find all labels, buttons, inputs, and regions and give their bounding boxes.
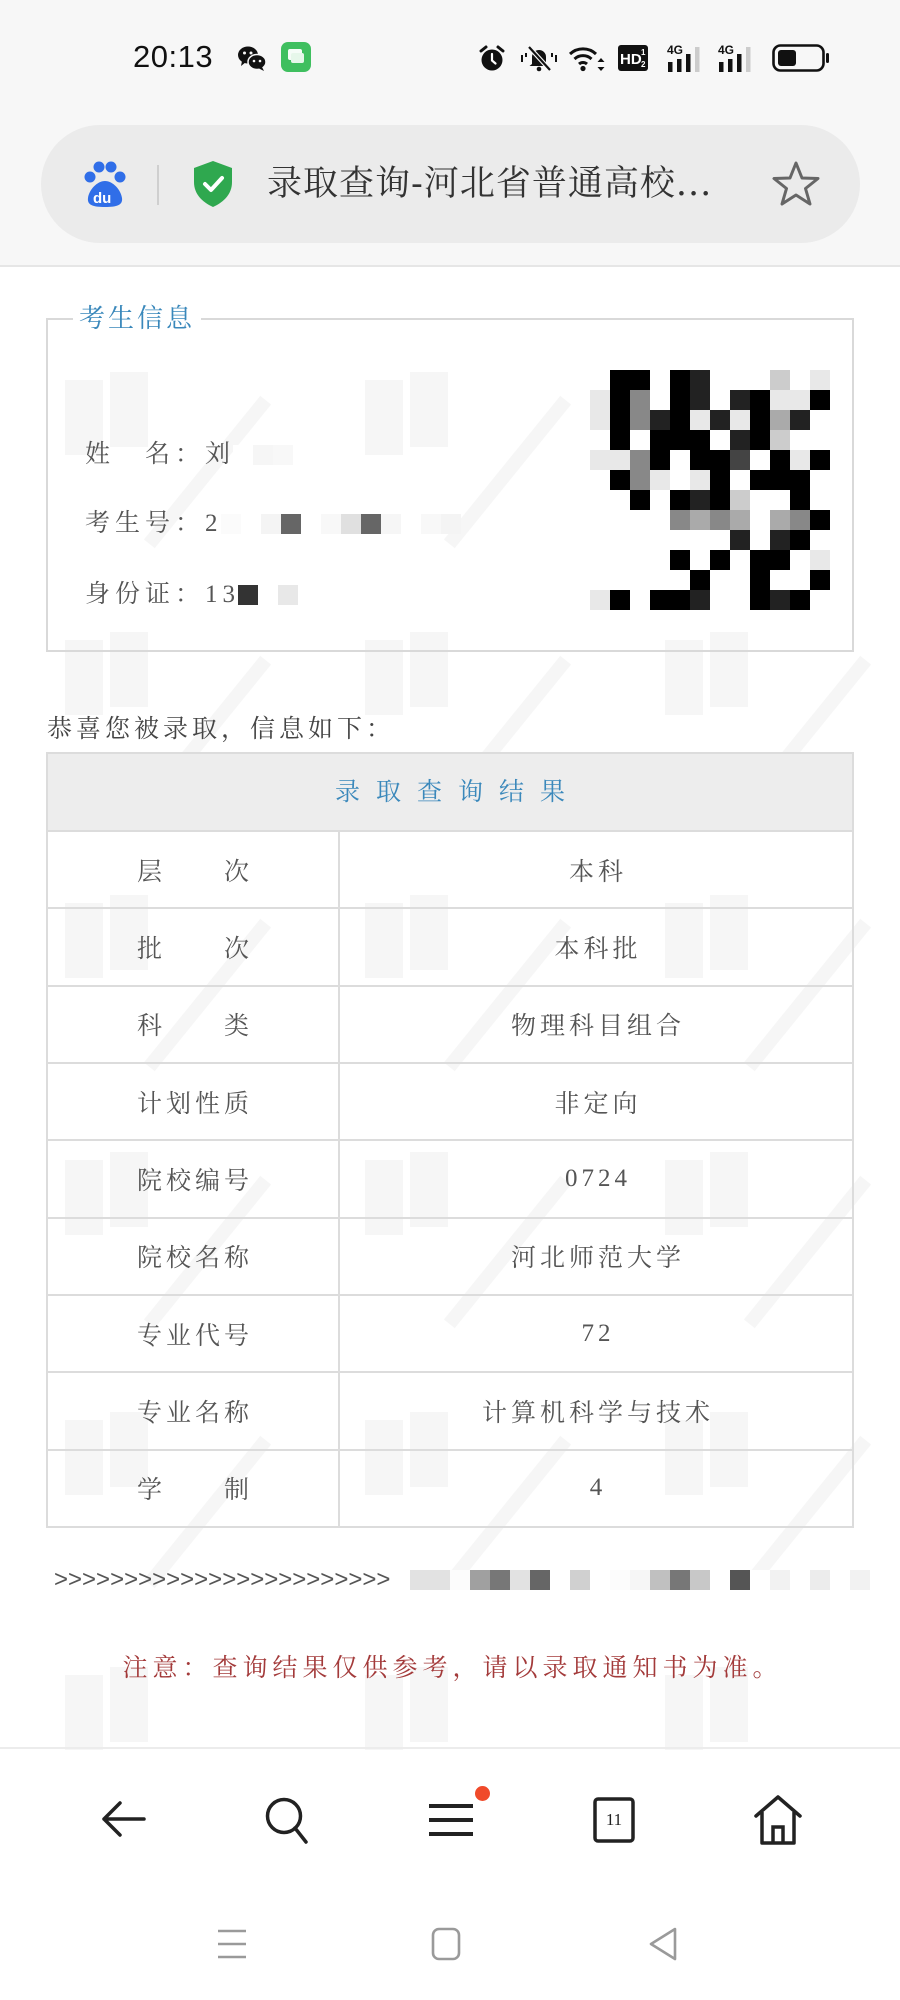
qr-cell <box>630 470 650 490</box>
redaction-block <box>278 585 298 605</box>
search-icon[interactable] <box>264 1795 310 1845</box>
qr-cell <box>790 450 810 470</box>
qr-cell <box>730 550 750 570</box>
qr-cell <box>710 510 730 530</box>
redaction-block <box>341 514 361 534</box>
qr-cell <box>730 470 750 490</box>
qr-cell <box>750 490 770 510</box>
table-row: 计划性质非定向 <box>48 1064 852 1141</box>
qr-cell <box>750 510 770 530</box>
qr-cell <box>730 410 750 430</box>
table-row: 科 类物理科目组合 <box>48 987 852 1064</box>
redaction-block <box>450 1570 470 1590</box>
qr-cell <box>750 530 770 550</box>
row-value: 河北师范大学 <box>340 1219 852 1294</box>
qr-cell <box>770 390 790 410</box>
qr-cell <box>810 550 830 570</box>
qr-cell <box>690 490 710 510</box>
qr-cell <box>730 390 750 410</box>
qr-cell <box>810 590 830 610</box>
qr-cell <box>590 410 610 430</box>
qr-cell <box>670 410 690 430</box>
menu-icon[interactable] <box>428 1803 474 1837</box>
qr-cell <box>690 510 710 530</box>
qr-cell <box>690 470 710 490</box>
qr-cell <box>710 530 730 550</box>
qr-cell <box>810 490 830 510</box>
qr-cell <box>650 470 670 490</box>
redaction-mosaic <box>221 514 461 534</box>
row-value: 4 <box>340 1451 852 1526</box>
redaction-block <box>253 445 273 465</box>
qr-cell <box>670 510 690 530</box>
row-value: 本科 <box>340 832 852 907</box>
qr-cell <box>730 450 750 470</box>
qr-cell <box>790 430 810 450</box>
qr-cell <box>670 450 690 470</box>
field-value: 刘 <box>205 437 235 473</box>
qr-cell <box>730 430 750 450</box>
qr-cell <box>730 510 750 530</box>
qr-cell <box>770 450 790 470</box>
qr-cell <box>710 370 730 390</box>
svg-text:2: 2 <box>641 60 646 69</box>
redaction-block <box>850 1570 870 1590</box>
tabs-button[interactable]: 11 <box>593 1797 635 1843</box>
back-arrow-icon[interactable] <box>100 1799 146 1839</box>
qr-cell <box>750 590 770 610</box>
qr-cell <box>750 470 770 490</box>
redaction-block <box>870 1570 890 1590</box>
field-id-card: 身份证： 13 <box>85 577 298 613</box>
qr-cell <box>650 590 670 610</box>
qr-cell <box>630 550 650 570</box>
qr-cell <box>590 530 610 550</box>
redaction-block <box>510 1570 530 1590</box>
signal-4g-icon: 4G <box>718 43 756 73</box>
qr-cell <box>730 530 750 550</box>
qr-cell <box>690 570 710 590</box>
redaction-block <box>221 514 241 534</box>
qr-cell <box>770 370 790 390</box>
qr-cell <box>630 390 650 410</box>
redaction-block <box>690 1570 710 1590</box>
redaction-block <box>770 1570 790 1590</box>
qr-cell <box>730 370 750 390</box>
qr-cell <box>650 510 670 530</box>
field-value: 13 <box>205 577 240 613</box>
qr-cell <box>750 570 770 590</box>
back-triangle-icon[interactable] <box>648 1927 678 1961</box>
shield-check-icon[interactable] <box>192 160 234 208</box>
qr-cell <box>710 550 730 570</box>
qr-cell <box>610 390 630 410</box>
qr-cell <box>810 570 830 590</box>
redaction-block <box>630 1570 650 1590</box>
row-value: 非定向 <box>340 1064 852 1139</box>
qr-cell <box>710 390 730 410</box>
qr-cell <box>710 470 730 490</box>
qr-cell <box>770 570 790 590</box>
hd-voice-icon: HD 1 2 <box>618 45 648 71</box>
qr-cell <box>770 490 790 510</box>
redaction-mosaic <box>233 445 293 465</box>
qr-cell <box>670 530 690 550</box>
table-row: 专业代号72 <box>48 1296 852 1373</box>
home-square-icon[interactable] <box>431 1927 461 1961</box>
status-time: 20:13 <box>133 38 213 76</box>
qr-cell <box>810 410 830 430</box>
qr-cell <box>710 590 730 610</box>
redaction-block <box>381 514 401 534</box>
qr-cell <box>590 450 610 470</box>
table-title: 录取查询结果 <box>48 754 852 832</box>
qr-cell <box>630 510 650 530</box>
redaction-block <box>441 514 461 534</box>
row-value: 物理科目组合 <box>340 987 852 1062</box>
table-row: 层 次本科 <box>48 832 852 909</box>
qr-cell <box>790 510 810 530</box>
qr-cell <box>610 490 630 510</box>
qr-cell <box>650 390 670 410</box>
qr-cell <box>650 450 670 470</box>
qr-cell <box>630 430 650 450</box>
redaction-block <box>261 514 281 534</box>
qr-cell <box>610 410 630 430</box>
qr-cell <box>610 530 630 550</box>
wechat-icon <box>237 44 267 72</box>
qr-cell <box>790 550 810 570</box>
row-label: 批 次 <box>48 909 340 984</box>
qr-cell <box>630 490 650 510</box>
qr-cell <box>810 470 830 490</box>
signal-4g-icon: 4G <box>667 43 705 73</box>
qr-cell <box>770 510 790 530</box>
qr-cell <box>790 570 810 590</box>
qr-cell <box>710 570 730 590</box>
redaction-block <box>830 1570 850 1590</box>
qr-cell <box>610 470 630 490</box>
redaction-block <box>730 1570 750 1590</box>
svg-text:du: du <box>93 190 111 207</box>
recent-apps-icon[interactable] <box>217 1928 247 1960</box>
qr-cell <box>790 390 810 410</box>
qr-cell <box>590 510 610 530</box>
qr-cell <box>790 370 810 390</box>
qr-cell <box>610 570 630 590</box>
qr-cell <box>610 430 630 450</box>
qr-cell <box>750 550 770 570</box>
qr-cell <box>610 370 630 390</box>
qr-cell <box>810 390 830 410</box>
qr-cell <box>590 370 610 390</box>
qr-cell <box>630 410 650 430</box>
qr-cell <box>670 590 690 610</box>
row-value: 72 <box>340 1296 852 1371</box>
qr-cell <box>750 430 770 450</box>
qr-cell <box>790 590 810 610</box>
qr-cell <box>810 530 830 550</box>
redaction-block <box>570 1570 590 1590</box>
qr-cell <box>650 410 670 430</box>
redaction-block <box>401 514 421 534</box>
qr-cell <box>610 550 630 570</box>
table-row: 学 制4 <box>48 1451 852 1528</box>
qr-cell <box>630 530 650 550</box>
qr-cell <box>610 510 630 530</box>
redaction-block <box>233 445 253 465</box>
qr-cell <box>670 550 690 570</box>
row-label: 计划性质 <box>48 1064 340 1139</box>
qr-cell <box>790 410 810 430</box>
home-icon[interactable] <box>753 1794 803 1846</box>
redaction-block <box>750 1570 770 1590</box>
redaction-mosaic <box>410 1570 890 1590</box>
qr-cell <box>630 570 650 590</box>
qr-cell <box>670 490 690 510</box>
qr-cell <box>610 590 630 610</box>
svg-text:4G: 4G <box>718 43 734 57</box>
field-label: 考生号： <box>85 506 205 542</box>
redaction-block <box>430 1570 450 1590</box>
qr-cell <box>790 530 810 550</box>
qr-cell <box>630 370 650 390</box>
redaction-block <box>238 585 258 605</box>
qr-cell <box>750 450 770 470</box>
bottom-nav-divider <box>0 1747 900 1749</box>
redaction-block <box>470 1570 490 1590</box>
messages-icon <box>281 42 311 72</box>
alarm-icon <box>478 44 506 72</box>
qr-cell <box>810 450 830 470</box>
wifi-icon <box>568 44 606 72</box>
congrats-text: 恭喜您被录取，信息如下： <box>47 711 395 747</box>
row-value: 计算机科学与技术 <box>340 1373 852 1448</box>
table-row: 院校名称河北师范大学 <box>48 1219 852 1296</box>
redaction-block <box>301 514 321 534</box>
row-label: 院校名称 <box>48 1219 340 1294</box>
qr-cell <box>650 530 670 550</box>
qr-cell <box>710 450 730 470</box>
table-row: 专业名称计算机科学与技术 <box>48 1373 852 1450</box>
qr-cell <box>670 390 690 410</box>
redaction-block <box>590 1570 610 1590</box>
mute-vibrate-icon <box>520 44 558 72</box>
redaction-block <box>410 1570 430 1590</box>
row-label: 专业代号 <box>48 1296 340 1371</box>
qr-cell <box>690 550 710 570</box>
redaction-block <box>258 585 278 605</box>
qr-cell <box>610 450 630 470</box>
redaction-block <box>241 514 261 534</box>
qr-cell <box>650 370 670 390</box>
redaction-block <box>790 1570 810 1590</box>
page-title[interactable]: 录取查询-河北省普通高校... <box>267 125 747 243</box>
redaction-mosaic <box>238 585 298 605</box>
qr-cell <box>770 550 790 570</box>
qr-cell <box>750 390 770 410</box>
qr-cell <box>690 390 710 410</box>
qr-cell <box>590 550 610 570</box>
qr-cell <box>790 470 810 490</box>
qr-cell <box>590 390 610 410</box>
svg-text:4G: 4G <box>667 43 683 57</box>
qr-cell <box>630 450 650 470</box>
qr-cell <box>670 370 690 390</box>
redaction-block <box>670 1570 690 1590</box>
row-label: 科 类 <box>48 987 340 1062</box>
qr-cell <box>770 430 790 450</box>
qr-cell <box>730 590 750 610</box>
qr-cell <box>710 410 730 430</box>
field-label: 姓 名： <box>85 437 205 473</box>
admission-result-table: 录取查询结果 层 次本科 批 次本科批 科 类物理科目组合 计划性质非定向 院校… <box>46 752 854 1528</box>
qr-cell <box>770 590 790 610</box>
student-info-legend: 考生信息 <box>73 301 201 337</box>
address-bar-divider <box>157 165 159 205</box>
qr-cell <box>710 490 730 510</box>
qr-cell <box>690 410 710 430</box>
redaction-block <box>810 1570 830 1590</box>
row-label: 院校编号 <box>48 1141 340 1216</box>
table-row: 院校编号0724 <box>48 1141 852 1218</box>
arrows-line: >>>>>>>>>>>>>>>>>>>>>>>> <box>54 1563 390 1597</box>
qr-cell <box>730 490 750 510</box>
qr-cell <box>650 490 670 510</box>
qr-cell <box>690 530 710 550</box>
qr-cell <box>590 470 610 490</box>
qr-cell <box>810 370 830 390</box>
qr-cell <box>670 570 690 590</box>
qr-cell <box>750 370 770 390</box>
tab-count: 11 <box>593 1797 635 1843</box>
row-label: 专业名称 <box>48 1373 340 1448</box>
qr-cell <box>790 490 810 510</box>
qr-cell <box>690 430 710 450</box>
row-label: 学 制 <box>48 1451 340 1526</box>
qr-cell <box>750 410 770 430</box>
qr-cell <box>690 450 710 470</box>
table-row: 批 次本科批 <box>48 909 852 986</box>
redaction-block <box>710 1570 730 1590</box>
qr-cell <box>770 470 790 490</box>
baidu-paw-icon[interactable]: du <box>83 160 127 208</box>
qr-cell <box>690 370 710 390</box>
qr-cell <box>650 570 670 590</box>
qr-cell <box>810 510 830 530</box>
qr-cell <box>670 470 690 490</box>
redaction-block <box>421 514 441 534</box>
svg-text:1: 1 <box>641 48 646 57</box>
redaction-block <box>530 1570 550 1590</box>
field-exam-number: 考生号： 2 <box>85 506 461 542</box>
qr-cell <box>590 570 610 590</box>
redaction-block <box>550 1570 570 1590</box>
svg-text:HD: HD <box>620 51 642 68</box>
qr-cell <box>770 530 790 550</box>
field-name: 姓 名： 刘 <box>85 437 293 473</box>
redaction-block <box>650 1570 670 1590</box>
notice-text: 注意：查询结果仅供参考，请以录取通知书为准。 <box>0 1650 900 1686</box>
star-icon[interactable] <box>772 160 820 208</box>
field-label: 身份证： <box>85 577 205 613</box>
qr-cell <box>730 570 750 590</box>
qr-cell <box>670 430 690 450</box>
row-value: 本科批 <box>340 909 852 984</box>
qr-cell <box>770 410 790 430</box>
battery-icon <box>772 44 830 72</box>
browser-top-chrome: 20:13 HD <box>0 0 900 267</box>
qr-cell <box>630 590 650 610</box>
qr-cell <box>590 490 610 510</box>
redaction-block <box>361 514 381 534</box>
qr-cell <box>650 430 670 450</box>
qr-cell <box>590 430 610 450</box>
redaction-block <box>610 1570 630 1590</box>
qr-cell <box>810 430 830 450</box>
redaction-block <box>273 445 293 465</box>
redaction-block <box>490 1570 510 1590</box>
notification-dot <box>475 1786 490 1801</box>
address-bar[interactable]: du 录取查询-河北省普通高校... <box>41 125 860 243</box>
row-value: 0724 <box>340 1141 852 1216</box>
qr-code-pixelated <box>590 370 830 610</box>
redaction-block <box>281 514 301 534</box>
qr-cell <box>690 590 710 610</box>
redaction-block <box>321 514 341 534</box>
qr-cell <box>590 590 610 610</box>
row-label: 层 次 <box>48 832 340 907</box>
qr-cell <box>650 550 670 570</box>
qr-cell <box>710 430 730 450</box>
